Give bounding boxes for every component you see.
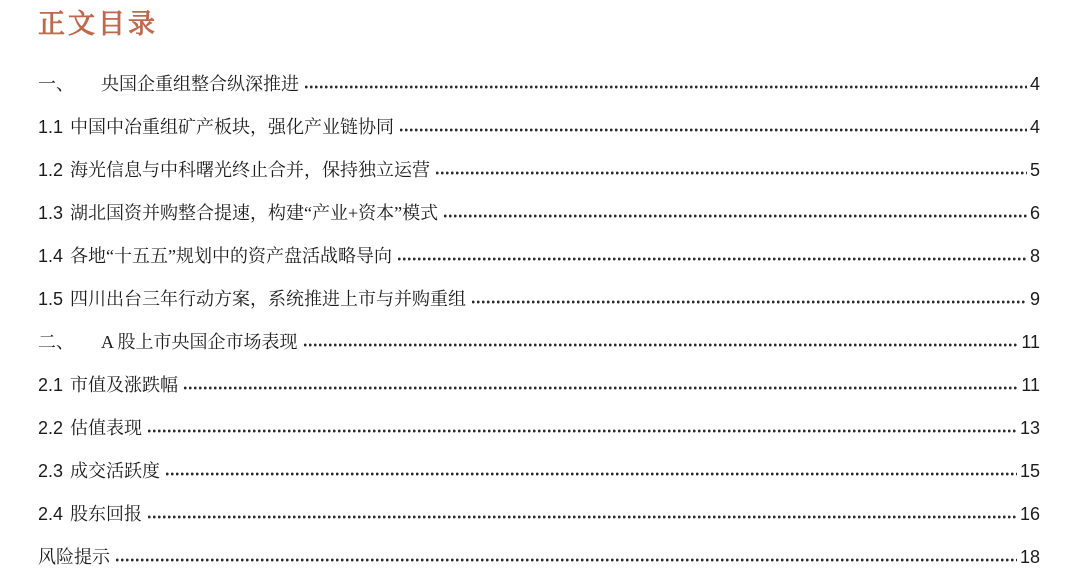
toc-entry[interactable]: 1.1 中国中冶重组矿产板块，强化产业链协同 4 xyxy=(38,117,1040,137)
toc-entry-page: 5 xyxy=(1030,160,1040,180)
toc-entry-label: A 股上市央国企市场表现 xyxy=(101,332,298,352)
toc-entry-label: 中国中冶重组矿产板块，强化产业链协同 xyxy=(70,117,394,137)
toc-entry[interactable]: 2.3 成交活跃度 15 xyxy=(38,461,1040,481)
dot-leader xyxy=(166,463,1017,477)
toc-entry-label: 央国企重组整合纵深推进 xyxy=(101,74,299,94)
dot-leader xyxy=(305,76,1027,90)
toc-entry[interactable]: 1.2 海光信息与中科曙光终止合并，保持独立运营 5 xyxy=(38,160,1040,180)
toc-entry-page: 11 xyxy=(1021,375,1040,395)
dot-leader xyxy=(398,248,1027,262)
dot-leader xyxy=(304,334,1019,348)
toc-entry-label: 股东回报 xyxy=(70,504,142,524)
dot-leader xyxy=(400,119,1027,133)
toc-entry[interactable]: 2.2 估值表现 13 xyxy=(38,418,1040,438)
dot-leader xyxy=(148,420,1017,434)
toc-entry-number: 2.2 xyxy=(38,418,63,438)
toc-entry-label: 湖北国资并购整合提速，构建“产业+资本”模式 xyxy=(70,203,438,223)
toc-entry-page: 9 xyxy=(1030,289,1040,309)
toc-entry-page: 11 xyxy=(1021,332,1040,352)
toc-entry-number: 2.1 xyxy=(38,375,63,395)
toc-entry-page: 13 xyxy=(1020,418,1040,438)
toc-entry-number: 1.4 xyxy=(38,246,63,266)
toc-entry-label: 估值表现 xyxy=(70,418,142,438)
toc-entry-page: 6 xyxy=(1030,203,1040,223)
toc-entry-page: 8 xyxy=(1030,246,1040,266)
toc-entry[interactable]: 1.4 各地“十五五”规划中的资产盘活战略导向 8 xyxy=(38,246,1040,266)
toc-entry-number: 二、 xyxy=(38,332,74,352)
toc-entry-page: 15 xyxy=(1020,461,1040,481)
dot-leader xyxy=(444,205,1027,219)
toc-entry-page: 4 xyxy=(1030,74,1040,94)
toc-entry-page: 16 xyxy=(1020,504,1040,524)
document-page: 正文目录 一、 央国企重组整合纵深推进 4 1.1 中国中冶重组矿产板块，强化产… xyxy=(0,0,1080,587)
toc-entry[interactable]: 一、 央国企重组整合纵深推进 4 xyxy=(38,74,1040,94)
toc-entry-number: 一、 xyxy=(38,74,74,94)
page-title: 正文目录 xyxy=(38,8,1040,42)
toc-entry-label: 各地“十五五”规划中的资产盘活战略导向 xyxy=(70,246,392,266)
toc-entry-number: 2.4 xyxy=(38,504,63,524)
toc-entry-number: 1.1 xyxy=(38,117,63,137)
toc-entry-number: 1.3 xyxy=(38,203,63,223)
toc-entry-number: 1.2 xyxy=(38,160,63,180)
toc-entry-label: 风险提示 xyxy=(38,547,110,567)
dot-leader xyxy=(148,506,1017,520)
toc-entry[interactable]: 二、 A 股上市央国企市场表现 11 xyxy=(38,332,1040,352)
toc-entry[interactable]: 1.3 湖北国资并购整合提速，构建“产业+资本”模式 6 xyxy=(38,203,1040,223)
toc-entry[interactable]: 风险提示 18 xyxy=(38,547,1040,567)
toc-entry-page: 18 xyxy=(1020,547,1040,567)
dot-leader xyxy=(116,549,1017,563)
toc-entry-label: 海光信息与中科曙光终止合并，保持独立运营 xyxy=(70,160,430,180)
dot-leader xyxy=(436,162,1027,176)
toc-entry[interactable]: 1.5 四川出台三年行动方案，系统推进上市与并购重组 9 xyxy=(38,289,1040,309)
toc-list: 一、 央国企重组整合纵深推进 4 1.1 中国中冶重组矿产板块，强化产业链协同 … xyxy=(38,74,1040,567)
toc-entry[interactable]: 2.1 市值及涨跌幅 11 xyxy=(38,375,1040,395)
toc-entry-label: 四川出台三年行动方案，系统推进上市与并购重组 xyxy=(70,289,466,309)
toc-entry-number: 2.3 xyxy=(38,461,63,481)
toc-entry-number: 1.5 xyxy=(38,289,63,309)
toc-entry[interactable]: 2.4 股东回报 16 xyxy=(38,504,1040,524)
dot-leader xyxy=(184,377,1018,391)
dot-leader xyxy=(472,291,1027,305)
toc-entry-page: 4 xyxy=(1030,117,1040,137)
toc-entry-label: 市值及涨跌幅 xyxy=(70,375,178,395)
toc-entry-label: 成交活跃度 xyxy=(70,461,160,481)
